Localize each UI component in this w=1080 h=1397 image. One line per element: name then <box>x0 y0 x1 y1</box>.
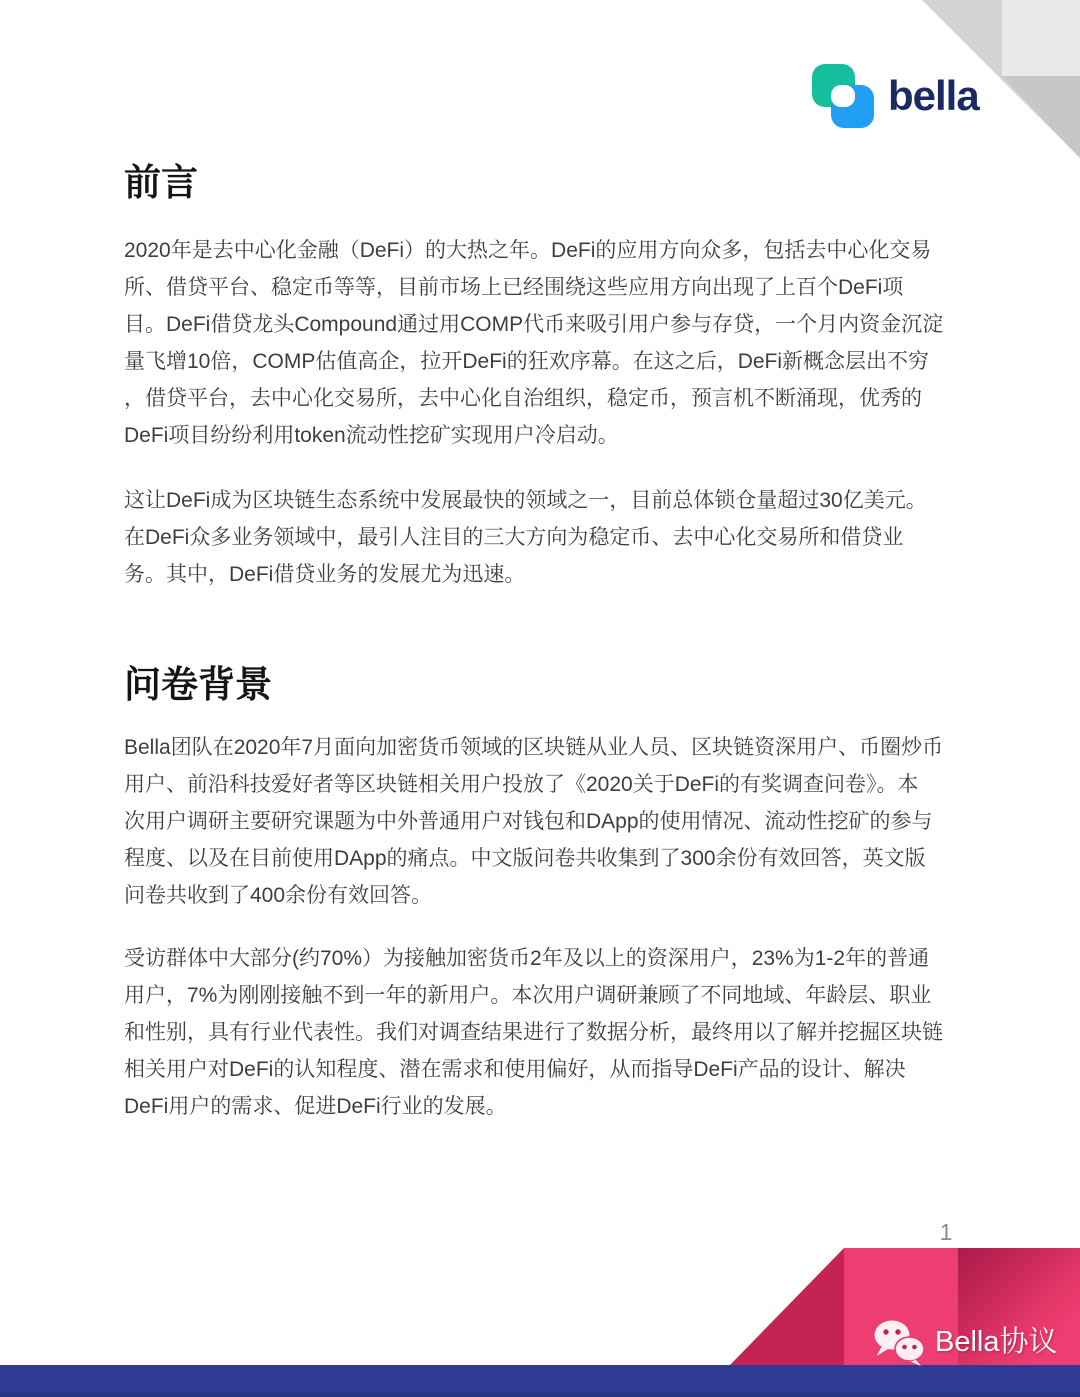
footer-blue-bar <box>0 1365 1080 1397</box>
section-heading-survey-background: 问卷背景 <box>124 663 960 707</box>
section-heading-preface: 前言 <box>124 161 960 205</box>
paragraph-background-1: Bella团队在2020年7月面向加密货币领域的区块链从业人员、区块链资深用户、… <box>124 729 960 914</box>
page-number: 1 <box>928 1219 964 1245</box>
corner-light-square <box>1002 0 1080 76</box>
paragraph-preface-1: 2020年是去中心化金融（DeFi）的大热之年。DeFi的应用方向众多，包括去中… <box>124 232 960 454</box>
paragraph-preface-2: 这让DeFi成为区块链生态系统中发展最快的领域之一，目前总体锁仓量超过30亿美元… <box>124 482 960 593</box>
footer-ribbon-dark-triangle <box>730 1248 844 1365</box>
wechat-account-label: Bella协议 <box>935 1319 1058 1366</box>
document-content: 前言 2020年是去中心化金融（DeFi）的大热之年。DeFi的应用方向众多，包… <box>124 0 960 1125</box>
document-page: bella 前言 2020年是去中心化金融（DeFi）的大热之年。DeFi的应用… <box>0 0 1080 1397</box>
paragraph-background-2: 受访群体中大部分(约70%）为接触加密货币2年及以上的资深用户，23%为1-2年… <box>124 940 960 1125</box>
corner-shadow-triangle <box>1002 76 1080 158</box>
wechat-account-badge: Bella协议 <box>872 1318 1058 1366</box>
wechat-icon <box>872 1319 928 1366</box>
